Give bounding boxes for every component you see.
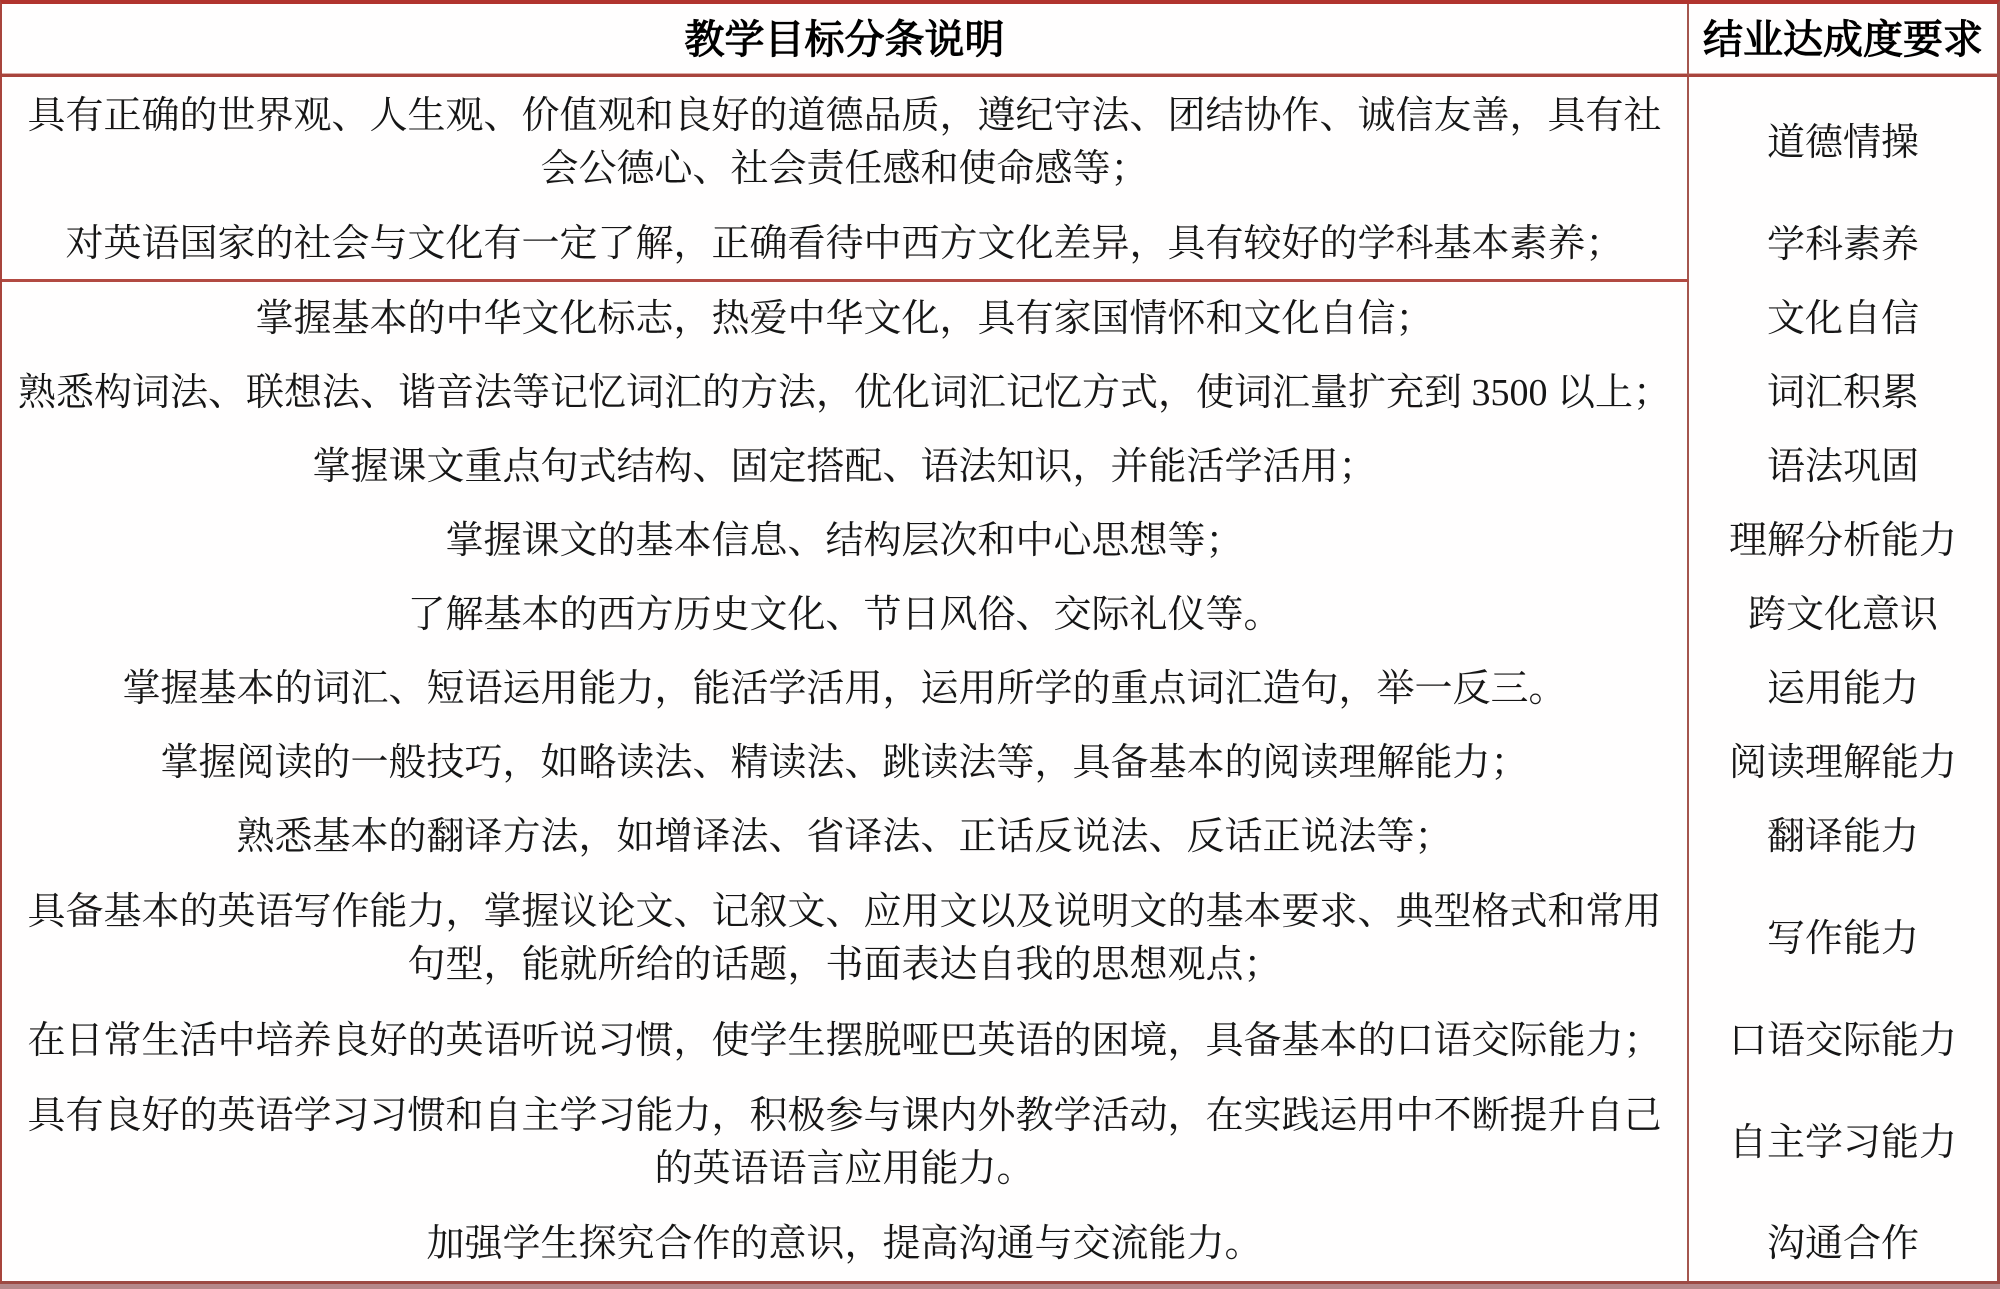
attainment-cell: 词汇积累 [1689, 356, 1997, 430]
objective-cell: 熟悉基本的翻译方法，如增译法、省译法、正话反说法、反话正说法等； [2, 800, 1689, 874]
objective-cell: 掌握课文的基本信息、结构层次和中心思想等； [2, 504, 1689, 578]
objective-cell: 了解基本的西方历史文化、节日风俗、交际礼仪等。 [2, 578, 1689, 652]
attainment-cell: 口语交际能力 [1689, 1004, 1997, 1078]
objective-cell: 掌握基本的中华文化标志，热爱中华文化，具有家国情怀和文化自信； [2, 282, 1689, 356]
objectives-attainment-table: 教学目标分条说明 结业达成度要求 具有正确的世界观、人生观、价值观和良好的道德品… [0, 0, 2000, 1284]
attainment-cell: 语法巩固 [1689, 430, 1997, 504]
objective-cell: 具有正确的世界观、人生观、价值观和良好的道德品质，遵纪守法、团结协作、诚信友善，… [2, 77, 1689, 209]
objective-cell: 熟悉构词法、联想法、谐音法等记忆词汇的方法，优化词汇记忆方式，使词汇量扩充到 3… [2, 356, 1689, 430]
objective-cell: 具备基本的英语写作能力，掌握议论文、记叙文、应用文以及说明文的基本要求、典型格式… [2, 874, 1689, 1004]
attainment-cell: 沟通合作 [1689, 1208, 1997, 1281]
objective-cell: 掌握课文重点句式结构、固定搭配、语法知识，并能活学活用； [2, 430, 1689, 504]
attainment-cell: 自主学习能力 [1689, 1078, 1997, 1208]
attainment-cell: 写作能力 [1689, 874, 1997, 1004]
objective-cell: 在日常生活中培养良好的英语听说习惯，使学生摆脱哑巴英语的困境，具备基本的口语交际… [2, 1004, 1689, 1078]
attainment-cell: 道德情操 [1689, 77, 1997, 209]
objective-cell: 对英语国家的社会与文化有一定了解，正确看待中西方文化差异，具有较好的学科基本素养… [2, 209, 1689, 282]
objectives-column-header: 教学目标分条说明 [2, 4, 1689, 77]
objective-cell: 加强学生探究合作的意识，提高沟通与交流能力。 [2, 1208, 1689, 1281]
attainment-cell: 学科素养 [1689, 209, 1997, 282]
attainment-column-header: 结业达成度要求 [1689, 4, 1997, 77]
attainment-cell: 运用能力 [1689, 652, 1997, 726]
attainment-cell: 翻译能力 [1689, 800, 1997, 874]
objective-cell: 具有良好的英语学习习惯和自主学习能力，积极参与课内外教学活动，在实践运用中不断提… [2, 1078, 1689, 1208]
objective-cell: 掌握阅读的一般技巧，如略读法、精读法、跳读法等，具备基本的阅读理解能力； [2, 726, 1689, 800]
attainment-cell: 理解分析能力 [1689, 504, 1997, 578]
attainment-cell: 文化自信 [1689, 282, 1997, 356]
attainment-cell: 跨文化意识 [1689, 578, 1997, 652]
objective-cell: 掌握基本的词汇、短语运用能力，能活学活用，运用所学的重点词汇造句，举一反三。 [2, 652, 1689, 726]
attainment-cell: 阅读理解能力 [1689, 726, 1997, 800]
